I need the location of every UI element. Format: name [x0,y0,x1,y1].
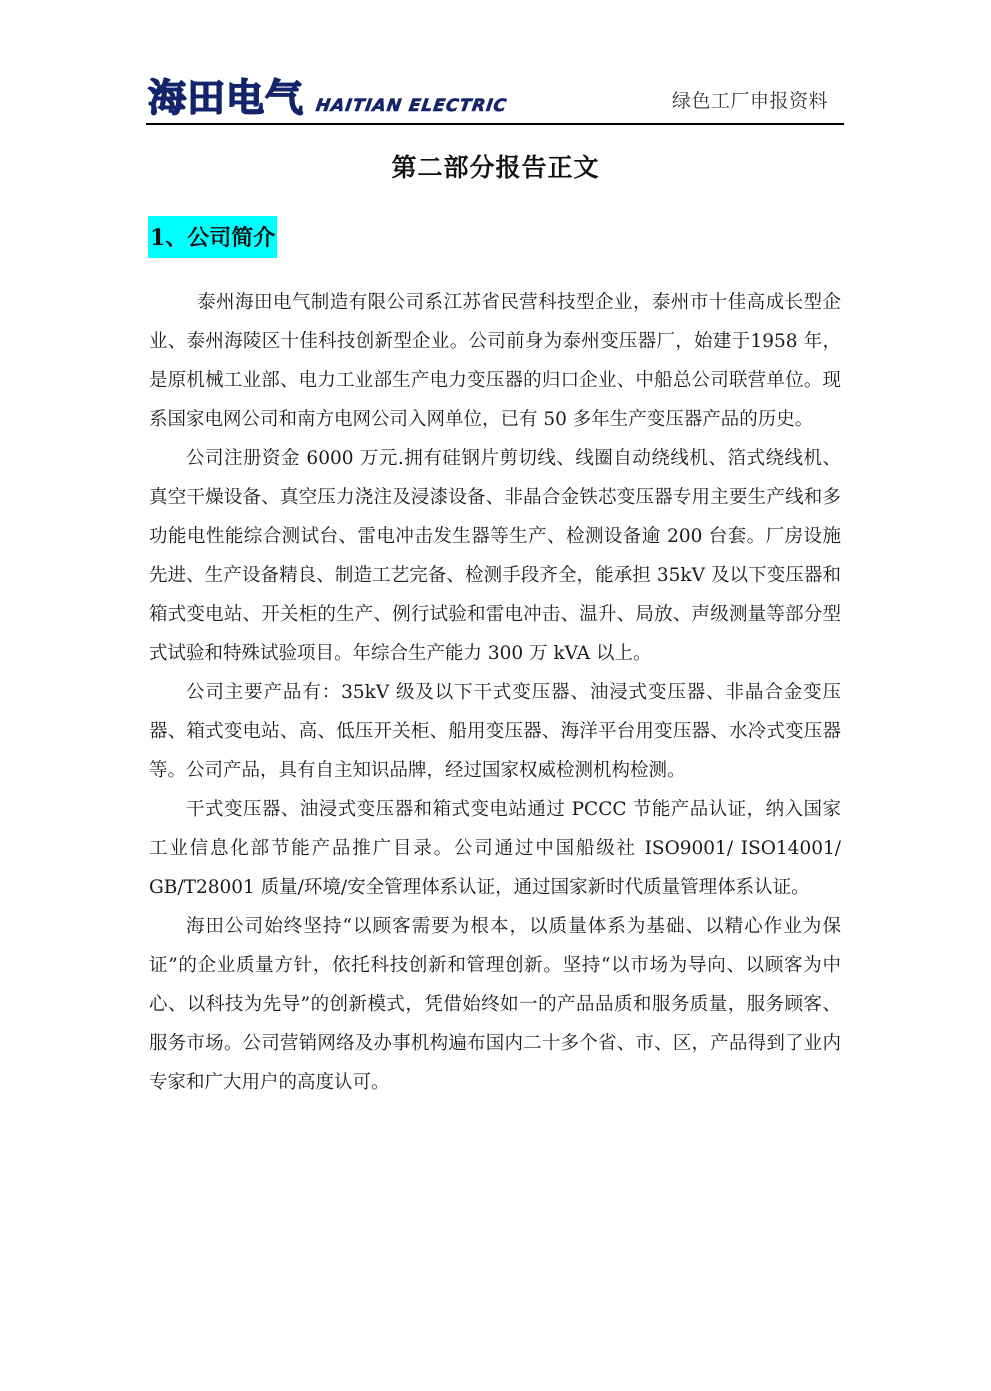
header-document-title: 绿色工厂申报资料 [672,86,828,113]
paragraph: 公司注册资金 6000 万元.拥有硅钢片剪切线、线圈自动绕线机、箔式绕线机、真空… [149,439,841,673]
paragraph: 泰州海田电气制造有限公司系江苏省民营科技型企业，泰州市十佳高成长型企业、泰州海陵… [149,283,841,439]
page-title: 第二部分报告正文 [0,148,991,184]
page-header: 海田电气 HAITIAN ELECTRIC 绿色工厂申报资料 [146,70,844,124]
paragraph: 海田公司始终坚持“以顾客需要为根本，以质量体系为基础、以精心作业为保证”的企业质… [149,907,841,1102]
paragraph: 干式变压器、油浸式变压器和箱式变电站通过 PCCC 节能产品认证，纳入国家工业信… [149,790,841,907]
document-page: 海田电气 HAITIAN ELECTRIC 绿色工厂申报资料 第二部分报告正文 … [0,0,991,1391]
logo-chinese-text: 海田电气 [148,78,304,118]
paragraph: 公司主要产品有：35kV 级及以下干式变压器、油浸式变压器、非晶合金变压器、箱式… [149,673,841,790]
body-text: 泰州海田电气制造有限公司系江苏省民营科技型企业，泰州市十佳高成长型企业、泰州海陵… [149,283,841,1102]
header-divider [146,123,844,125]
company-logo: 海田电气 HAITIAN ELECTRIC [148,74,507,118]
logo-english-text: HAITIAN ELECTRIC [315,96,509,116]
section-heading: 1、公司简介 [148,216,277,258]
